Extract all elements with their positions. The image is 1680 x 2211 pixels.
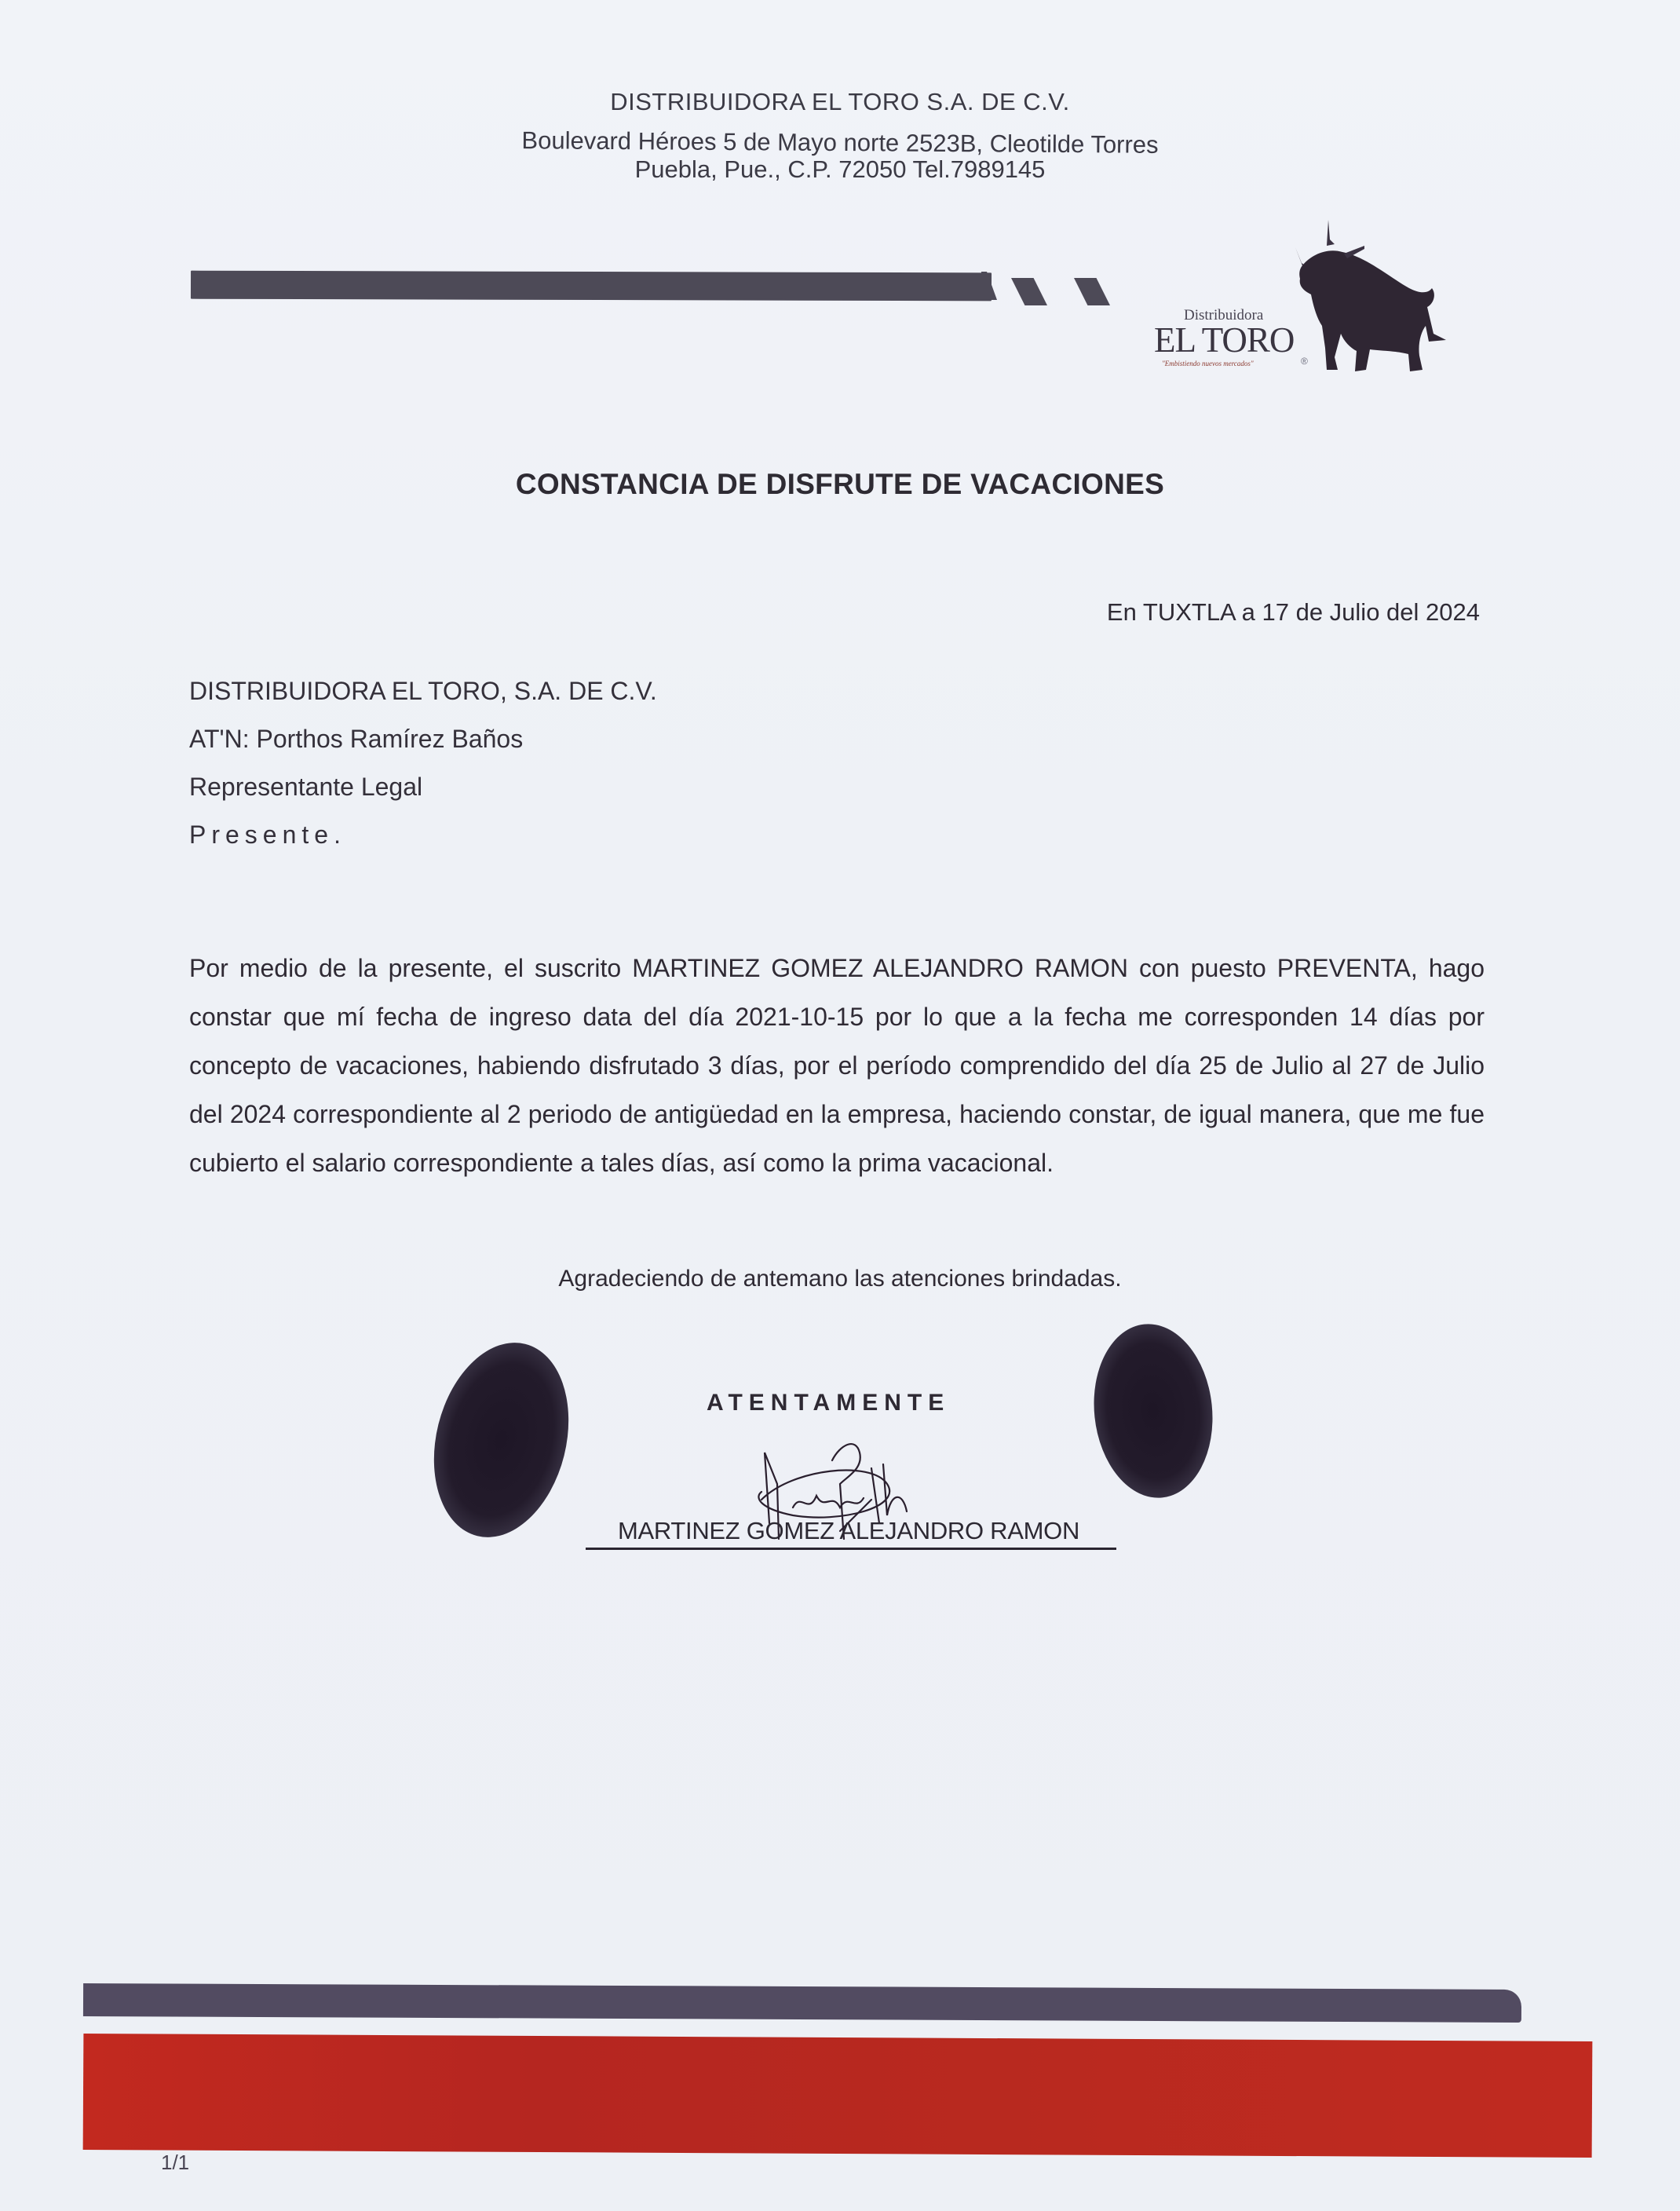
header-stripe	[1074, 278, 1110, 305]
body-paragraph: Por medio de la presente, el suscrito MA…	[189, 944, 1485, 1187]
document-title: CONSTANCIA DE DISFRUTE DE VACACIONES	[0, 468, 1680, 501]
letterhead-address-line2: Puebla, Pue., C.P. 72050 Tel.7989145	[0, 155, 1680, 184]
closing-line: Agradeciendo de antemano las atenciones …	[0, 1266, 1680, 1292]
signature-line	[586, 1548, 1116, 1550]
header-band	[191, 271, 992, 301]
footer-band-dark	[83, 1983, 1521, 2023]
addressee-presente: Presente.	[189, 819, 657, 867]
fingerprint-left	[415, 1328, 588, 1551]
addressee-role: Representante Legal	[189, 771, 657, 819]
registered-mark-icon: ®	[1301, 356, 1308, 367]
header-stripe	[1011, 278, 1047, 305]
letterhead-company: DISTRIBUIDORA EL TORO S.A. DE C.V.	[0, 88, 1680, 116]
addressee-attention: AT'N: Porthos Ramírez Baños	[189, 723, 657, 771]
logo-tagline: "Embistiendo nuevos mercados"	[1162, 360, 1254, 367]
company-logo: Distribuidora EL TORO "Embistiendo nuevo…	[1146, 208, 1444, 381]
document-page: DISTRIBUIDORA EL TORO S.A. DE C.V. Boule…	[0, 0, 1680, 2211]
addressee-block: DISTRIBUIDORA EL TORO, S.A. DE C.V. AT'N…	[189, 675, 657, 867]
footer-band-red	[83, 2034, 1593, 2158]
page-number: 1/1	[161, 2151, 189, 2175]
place-date: En TUXTLA a 17 de Julio del 2024	[1107, 598, 1480, 627]
bull-icon	[1272, 216, 1452, 381]
signer-name: MARTINEZ GOMEZ ALEJANDRO RAMON	[586, 1517, 1112, 1545]
fingerprint-right	[1086, 1318, 1221, 1504]
addressee-company: DISTRIBUIDORA EL TORO, S.A. DE C.V.	[189, 675, 657, 723]
logo-brand: EL TORO	[1154, 320, 1294, 360]
